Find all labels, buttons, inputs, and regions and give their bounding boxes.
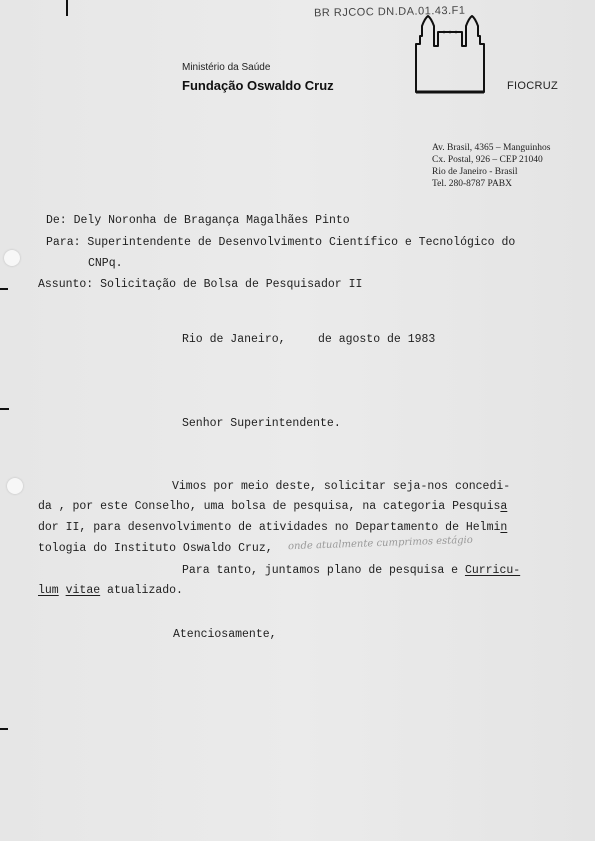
to-label: Para: <box>46 236 81 249</box>
from-label: De: <box>46 214 67 227</box>
address-line: Tel. 280-8787 PABX <box>432 178 550 190</box>
closing: Atenciosamente, <box>173 628 277 641</box>
date-city: Rio de Janeiro, <box>182 333 286 346</box>
to-value: Superintendente de Desenvolvimento Cient… <box>87 236 515 249</box>
foundation-name: Fundação Oswaldo Cruz <box>182 78 334 93</box>
address-line: Cx. Postal, 926 – CEP 21040 <box>432 154 550 166</box>
fold-mark <box>0 728 8 730</box>
to-line: Para: Superintendente de Desenvolvimento… <box>46 236 515 249</box>
subject-line: Assunto: Solicitação de Bolsa de Pesquis… <box>38 278 362 291</box>
castle-logo-icon <box>412 14 488 94</box>
address-block: Av. Brasil, 4365 – ManguinhosCx. Postal,… <box>432 142 550 190</box>
from-value: Dely Noronha de Bragança Magalhães Pinto <box>74 214 350 227</box>
subject-label: Assunto: <box>38 278 93 291</box>
date-text: de agosto de 1983 <box>318 333 435 346</box>
margin-mark <box>66 0 68 16</box>
to-value-continued: CNPq. <box>88 257 123 270</box>
punch-hole <box>7 478 23 494</box>
subject-value: Solicitação de Bolsa de Pesquisador II <box>100 278 362 291</box>
ministry-name: Ministério da Saúde <box>182 62 270 73</box>
address-line: Av. Brasil, 4365 – Manguinhos <box>432 142 550 154</box>
body-line: da , por este Conselho, uma bolsa de pes… <box>38 500 507 513</box>
fold-mark <box>0 288 8 290</box>
body-line: lum vitae atualizado. <box>38 584 183 597</box>
body-line: tologia do Instituto Oswaldo Cruz, <box>38 542 273 555</box>
letter-page: BR RJCOC DN.DA.01.43.F1 Ministério da Sa… <box>0 0 595 841</box>
salutation: Senhor Superintendente. <box>182 417 341 430</box>
address-line: Rio de Janeiro - Brasil <box>432 166 550 178</box>
fiocruz-label: FIOCRUZ <box>507 80 558 92</box>
fold-mark <box>0 408 9 410</box>
punch-hole <box>4 250 20 266</box>
body-line: Vimos por meio deste, solicitar seja-nos… <box>172 480 510 493</box>
from-line: De: Dely Noronha de Bragança Magalhães P… <box>46 214 350 227</box>
handwritten-note: onde atualmente cumprimos estágio <box>288 535 473 552</box>
body-line: Para tanto, juntamos plano de pesquisa e… <box>182 564 520 577</box>
body-line: dor II, para desenvolvimento de atividad… <box>38 521 507 534</box>
